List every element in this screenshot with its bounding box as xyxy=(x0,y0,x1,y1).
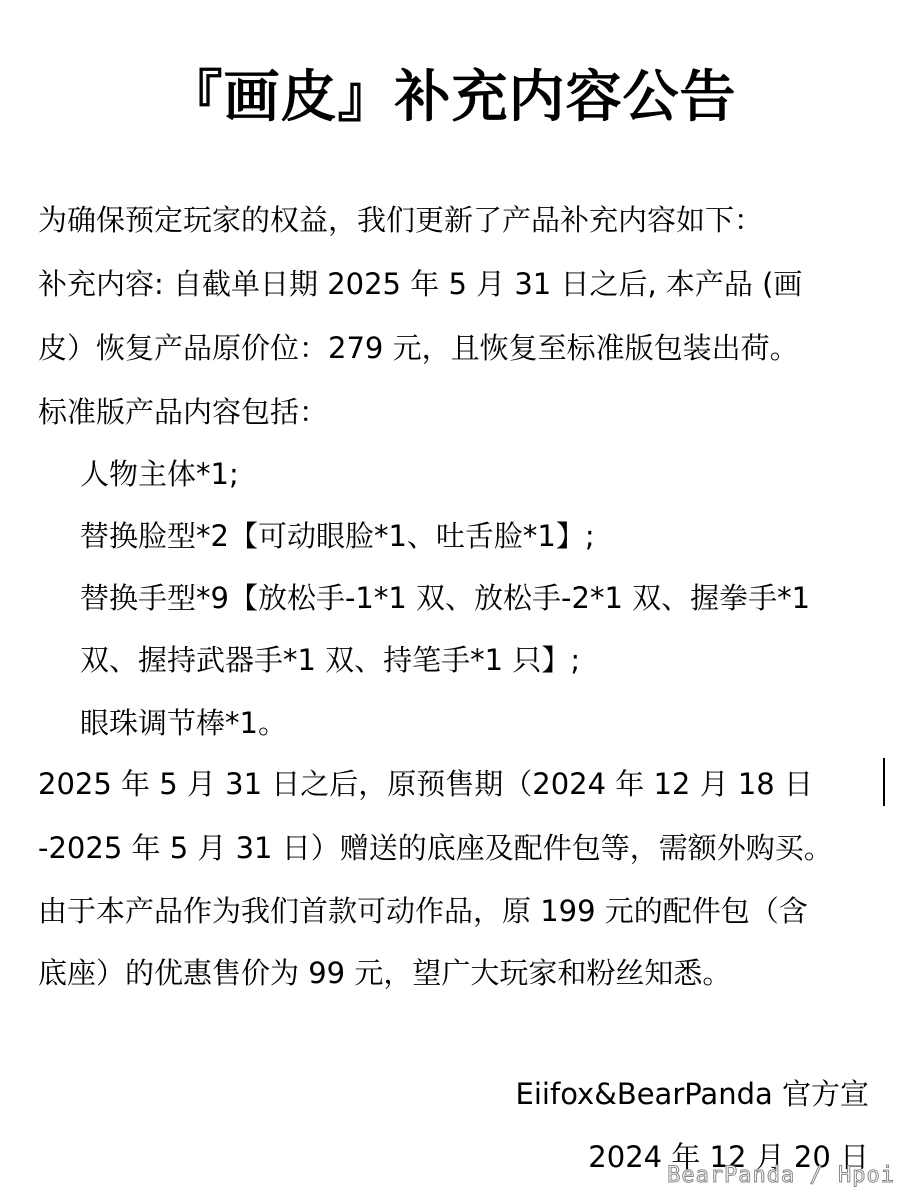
notice-line: 底座）的优惠售价为 99 元，望广大玩家和粉丝知悉。 xyxy=(38,953,731,993)
content-item: 人物主体*1; xyxy=(80,454,239,494)
intro-line: 为确保预定玩家的权益，我们更新了产品补充内容如下： xyxy=(38,200,763,240)
content-item: 双、握持武器手*1 双、持笔手*1 只】; xyxy=(80,640,580,680)
content-item: 眼珠调节棒*1。 xyxy=(80,703,287,743)
supplement-line: 皮）恢复产品原价位：279 元，且恢复至标准版包装出荷。 xyxy=(38,328,799,368)
notice-line: 由于本产品作为我们首款可动作品，原 199 元的配件包（含 xyxy=(38,891,808,931)
supplement-line: 补充内容: 自截单日期 2025 年 5 月 31 日之后, 本产品 (画 xyxy=(38,264,802,304)
contents-heading: 标准版产品内容包括： xyxy=(38,392,328,432)
watermark: BearPanda / Hpoi xyxy=(667,1163,895,1188)
text-caret xyxy=(883,758,885,806)
notice-line: -2025 年 5 月 31 日）赠送的底座及配件包等，需额外购买。 xyxy=(38,828,833,868)
signature-org: Eiifox&BearPanda 官方宣 xyxy=(516,1074,869,1114)
content-item: 替换手型*9【放松手-1*1 双、放松手-2*1 双、握拳手*1 xyxy=(80,578,810,618)
notice-line: 2025 年 5 月 31 日之后，原预售期（2024 年 12 月 18 日 xyxy=(38,764,813,804)
page-title: 『画皮』补充内容公告 xyxy=(0,62,903,134)
content-item: 替换脸型*2【可动眼脸*1、吐舌脸*1】; xyxy=(80,516,595,556)
